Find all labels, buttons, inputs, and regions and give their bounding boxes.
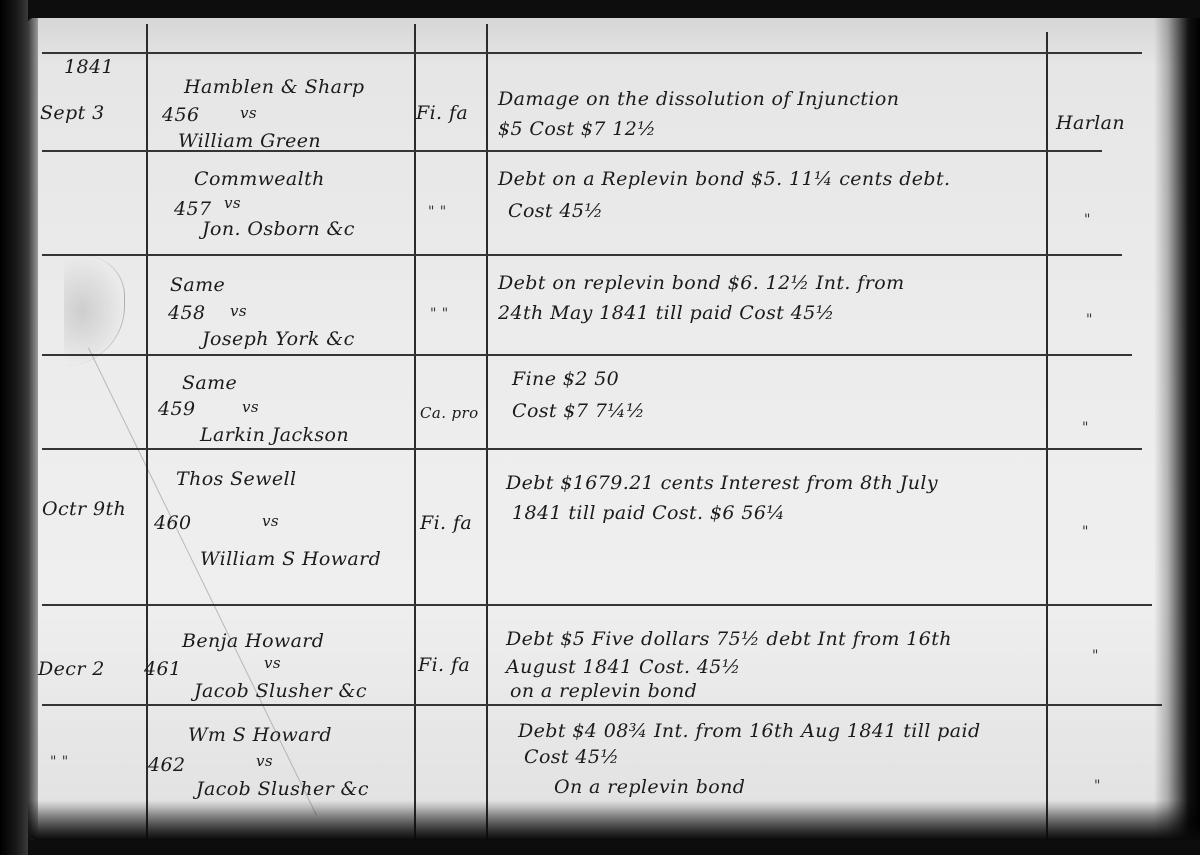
rule-parties-column — [414, 24, 416, 840]
entry-claim-line: August 1841 Cost. 45½ — [506, 656, 741, 678]
entry-process-ditto: " " — [428, 204, 447, 220]
rule-process-column — [486, 24, 488, 840]
entry-claim-line: Damage on the dissolution of Injunction — [498, 88, 899, 110]
entry-defendant: Jacob Slusher &c — [194, 680, 367, 702]
rule-header — [42, 52, 1142, 54]
entry-versus: vs — [230, 302, 247, 320]
entry-date: Octr 9th — [42, 498, 126, 520]
entry-date-ditto: " " — [50, 754, 69, 770]
entry-date: Sept 3 — [40, 102, 105, 124]
rule-row — [42, 354, 1132, 356]
entry-plaintiff: Hamblen & Sharp — [184, 76, 364, 98]
entry-attorney-ditto: " — [1084, 212, 1091, 228]
entry-claim-line: Cost 45½ — [508, 200, 603, 222]
page-right-shadow — [1154, 18, 1200, 840]
entry-claim-line: Fine $2 50 — [512, 368, 619, 390]
entry-claim-line: Debt $5 Five dollars 75½ debt Int from 1… — [506, 628, 952, 650]
entry-number: 456 — [162, 104, 199, 126]
entry-defendant: Joseph York &c — [202, 328, 355, 350]
entry-number: 460 — [154, 512, 191, 534]
water-stain — [64, 256, 125, 366]
entry-versus: vs — [224, 194, 241, 212]
entry-date: Decr 2 — [38, 658, 105, 680]
rule-row — [42, 604, 1152, 606]
entry-claim-line: Debt $4 08¾ Int. from 16th Aug 1841 till… — [518, 720, 981, 742]
entry-claim-line: Debt $1679.21 cents Interest from 8th Ju… — [506, 472, 938, 494]
rule-row — [42, 704, 1162, 706]
entry-plaintiff: Wm S Howard — [188, 724, 332, 746]
ledger-year: 1841 — [64, 56, 114, 78]
entry-process-ditto: " " — [430, 306, 449, 322]
rule-attorney-column — [1046, 32, 1048, 840]
entry-defendant: William Green — [178, 130, 321, 152]
entry-number: 458 — [168, 302, 205, 324]
entry-number: 457 — [174, 198, 211, 220]
entry-plaintiff: Same — [170, 274, 225, 296]
entry-number: 459 — [158, 398, 195, 420]
entry-attorney-ditto: " — [1082, 524, 1089, 540]
entry-defendant: Jacob Slusher &c — [196, 778, 369, 800]
entry-versus: vs — [242, 398, 259, 416]
book-spine — [0, 0, 28, 855]
ledger-page: 1841 Sept 3 Hamblen & Sharp 456 vs Willi… — [28, 18, 1200, 840]
entry-process: Fi. fa — [418, 654, 470, 676]
entry-claim-line: Debt on replevin bond $6. 12½ Int. from — [498, 272, 904, 294]
entry-attorney: Harlan — [1056, 112, 1125, 134]
entry-claim-line: on a replevin bond — [510, 680, 697, 702]
entry-process: Fi. fa — [420, 512, 472, 534]
entry-plaintiff: Thos Sewell — [176, 468, 296, 490]
entry-process: Ca. pro — [420, 404, 479, 422]
entry-claim-line: Cost 45½ — [524, 746, 619, 768]
entry-attorney-ditto: " — [1082, 420, 1089, 436]
entry-process: Fi. fa — [416, 102, 468, 124]
entry-versus: vs — [264, 654, 281, 672]
entry-plaintiff: Commwealth — [194, 168, 325, 190]
rule-row — [42, 448, 1142, 450]
rule-date-column — [146, 24, 148, 840]
entry-versus: vs — [262, 512, 279, 530]
entry-attorney-ditto: " — [1092, 648, 1099, 664]
entry-plaintiff: Same — [182, 372, 237, 394]
entry-claim-line: Cost $7 7¼½ — [512, 400, 645, 422]
entry-defendant: William S Howard — [200, 548, 381, 570]
entry-plaintiff: Benja Howard — [182, 630, 324, 652]
entry-claim-line: Debt on a Replevin bond $5. 11¼ cents de… — [498, 168, 950, 190]
entry-claim-line: 1841 till paid Cost. $6 56¼ — [512, 502, 785, 524]
entry-versus: vs — [240, 104, 257, 122]
page-bottom-shadow — [28, 800, 1200, 840]
entry-defendant: Jon. Osborn &c — [202, 218, 355, 240]
rule-row — [42, 254, 1122, 256]
entry-number: 462 — [148, 754, 185, 776]
entry-claim-line: $5 Cost $7 12½ — [498, 118, 656, 140]
entry-claim-line: 24th May 1841 till paid Cost 45½ — [498, 302, 835, 324]
entry-versus: vs — [256, 752, 273, 770]
entry-attorney-ditto: " — [1086, 312, 1093, 328]
entry-attorney-ditto: " — [1094, 778, 1101, 794]
entry-defendant: Larkin Jackson — [200, 424, 349, 446]
entry-claim-line: On a replevin bond — [554, 776, 745, 798]
entry-number: 461 — [144, 658, 181, 680]
